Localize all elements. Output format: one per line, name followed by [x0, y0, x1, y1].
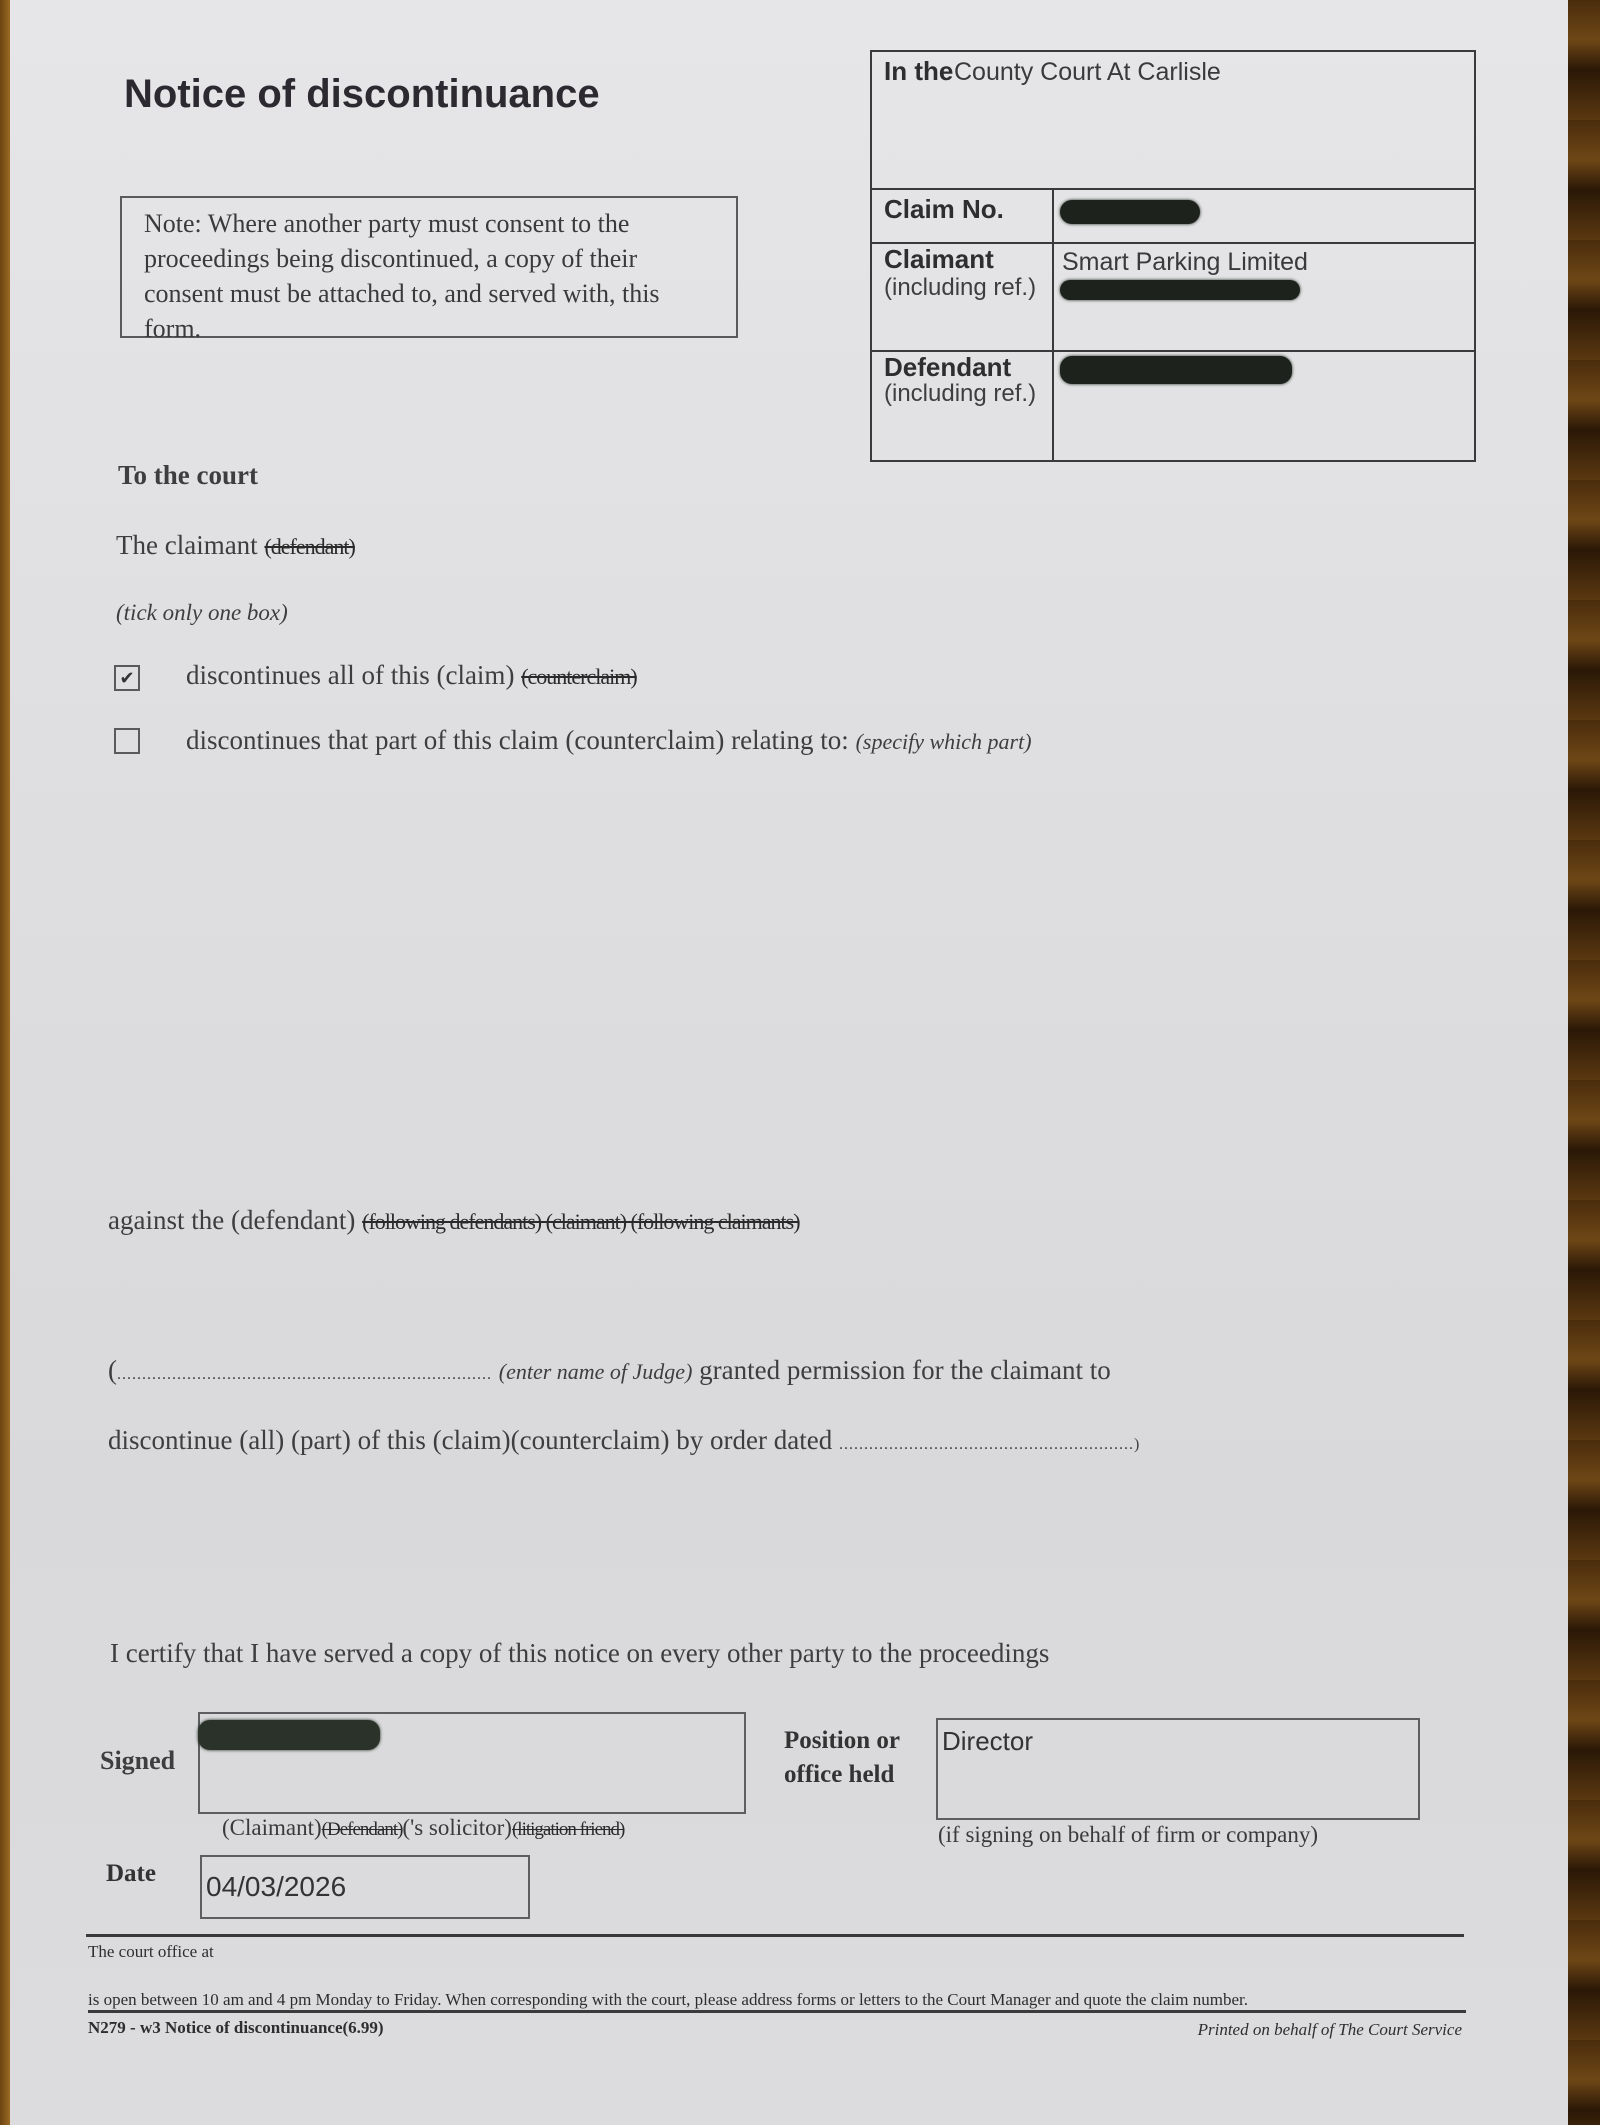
footer-divider: [86, 1934, 1464, 1937]
order-dated-line: discontinue (all) (part) of this (claim)…: [108, 1425, 1140, 1456]
table-surface-right: [1568, 0, 1600, 2125]
signature-redaction: [198, 1720, 380, 1750]
signed-label: Signed: [100, 1746, 175, 1776]
form-code: N279 - w3 Notice of discontinuance(6.99): [88, 2018, 384, 2038]
position-label: Position or office held: [784, 1724, 900, 1792]
defendant-sub-label: (including ref.): [884, 380, 1036, 408]
discontinue-part-checkbox[interactable]: [114, 728, 140, 754]
page-title: Notice of discontinuance: [124, 72, 600, 117]
defendant-label: Defendant: [884, 352, 1011, 383]
court-info-table: In the County Court At Carlisle Claim No…: [870, 50, 1476, 462]
discontinue-all-label: discontinues all of this (claim): [186, 660, 514, 690]
against-statement: against the (defendant) (following defen…: [108, 1205, 800, 1236]
position-caption: (if signing on behalf of firm or company…: [938, 1822, 1318, 1848]
printed-by: Printed on behalf of The Court Service: [1198, 2020, 1462, 2040]
position-field[interactable]: Director: [936, 1718, 1420, 1820]
struck-alternative: (following defendants) (claimant) (follo…: [362, 1209, 799, 1234]
struck-alternative: (defendant): [264, 534, 354, 559]
claim-no-redaction: [1060, 200, 1200, 224]
defendant-name-redaction: [1060, 356, 1292, 384]
claimant-name[interactable]: Smart Parking Limited: [1062, 248, 1308, 277]
claim-no-label: Claim No.: [884, 194, 1004, 225]
check-icon: ✔: [119, 668, 134, 689]
certify-statement: I certify that I have served a copy of t…: [110, 1638, 1049, 1669]
court-name[interactable]: County Court At Carlisle: [954, 58, 1221, 87]
claimant-row: Claimant (including ref.) Smart Parking …: [872, 242, 1474, 352]
specify-hint: (specify which part): [856, 729, 1032, 754]
discontinue-part-label: discontinues that part of this claim (co…: [186, 725, 849, 755]
position-label-line1: Position or: [784, 1724, 900, 1758]
defendant-row: Defendant (including ref.): [872, 350, 1474, 460]
discontinue-all-checkbox[interactable]: ✔: [114, 665, 140, 691]
form-page: Notice of discontinuance Note: Where ano…: [10, 0, 1568, 2125]
signed-capacity-caption: (Claimant)(Defendant)('s solicitor)(liti…: [222, 1815, 624, 1841]
struck-alternative: (counterclaim): [521, 664, 637, 689]
solicitor-caption: ('s solicitor): [402, 1815, 512, 1840]
to-the-court-heading: To the court: [118, 460, 258, 491]
struck-alternative: (Defendant): [322, 1819, 403, 1840]
claimant-statement: The claimant (defendant): [116, 530, 355, 561]
claimant-label: Claimant: [884, 244, 994, 275]
opening-hours-text: is open between 10 am and 4 pm Monday to…: [88, 1990, 1466, 2013]
discontinue-all-option: discontinues all of this (claim) (counte…: [186, 660, 637, 691]
position-value: Director: [942, 1726, 1033, 1757]
date-value: 04/03/2026: [206, 1871, 346, 1903]
in-the-label: In the: [884, 56, 953, 87]
table-column-divider: [1052, 188, 1054, 460]
against-text: against the (defendant): [108, 1205, 355, 1235]
claimant-ref-redaction: [1060, 280, 1300, 300]
discontinue-part-option: discontinues that part of this claim (co…: [186, 725, 1032, 756]
signature-field[interactable]: [198, 1712, 746, 1814]
form-code-text: N279 - w3 Notice of discontinuance(6.99): [88, 2018, 384, 2037]
claimant-caption: (Claimant): [222, 1815, 322, 1840]
struck-alternative: (litigation friend): [512, 1819, 624, 1840]
court-office-label: The court office at: [88, 1942, 214, 1962]
judge-rest-text: granted permission for the claimant to: [699, 1355, 1111, 1385]
judge-permission-line: (.......................................…: [108, 1355, 1111, 1386]
date-field[interactable]: 04/03/2026: [200, 1855, 530, 1919]
order-date-blank[interactable]: ........................................…: [839, 1436, 1140, 1453]
date-label: Date: [106, 1860, 156, 1888]
the-claimant-text: The claimant: [116, 530, 258, 560]
table-surface-left: [0, 0, 10, 2125]
judge-hint: (enter name of Judge): [499, 1359, 693, 1384]
claimant-sub-label: (including ref.): [884, 274, 1036, 302]
claim-no-row: Claim No.: [872, 188, 1474, 244]
judge-name-blank[interactable]: ........................................…: [117, 1366, 492, 1383]
consent-note: Note: Where another party must consent t…: [120, 196, 738, 338]
discontinue-text: discontinue (all) (part) of this (claim)…: [108, 1425, 832, 1455]
court-row: In the County Court At Carlisle: [872, 52, 1474, 190]
position-label-line2: office held: [784, 1758, 900, 1792]
tick-instruction: (tick only one box): [116, 600, 288, 626]
open-paren: (: [108, 1355, 117, 1385]
